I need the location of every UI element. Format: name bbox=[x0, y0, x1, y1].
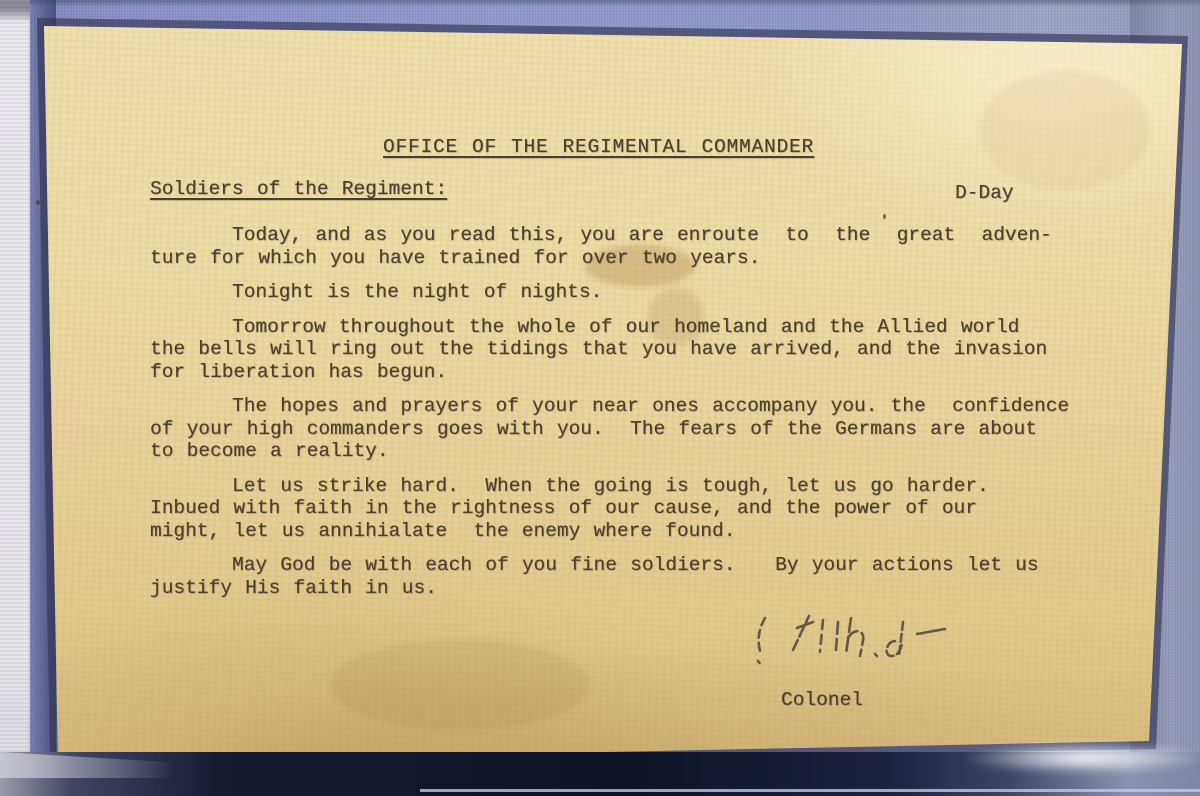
signature-title: Colonel bbox=[781, 689, 863, 712]
paper-stain bbox=[980, 70, 1150, 190]
letter-paper: OFFICE OF THE REGIMENTAL COMMANDER Soldi… bbox=[0, 0, 1200, 796]
table-edge-shadow bbox=[0, 752, 1200, 796]
photo-scene: OFFICE OF THE REGIMENTAL COMMANDER Soldi… bbox=[0, 0, 1200, 796]
letter-paragraph: The hopes and prayers of your near ones … bbox=[150, 395, 1098, 463]
table-corner-highlight bbox=[0, 752, 175, 778]
reflection-highlight bbox=[920, 736, 1200, 780]
letter-body: Today, and as you read this, you are enr… bbox=[150, 224, 1098, 611]
paper-stain bbox=[330, 640, 590, 730]
table-edge-line bbox=[420, 789, 1200, 792]
letter-paragraph: Today, and as you read this, you are enr… bbox=[150, 224, 1098, 269]
date-label: D-Day bbox=[955, 182, 1014, 205]
signature-scrawl bbox=[745, 606, 955, 672]
left-edge-cloth-strip bbox=[0, 0, 30, 796]
letter-paragraph: Tomorrow throughout the whole of our hom… bbox=[150, 316, 1098, 384]
ink-speck bbox=[36, 200, 40, 205]
letter-salutation: Soldiers of the Regiment: bbox=[150, 178, 447, 201]
letter-paragraph: Tonight is the night of nights. bbox=[150, 281, 1098, 304]
letter-title: OFFICE OF THE REGIMENTAL COMMANDER bbox=[383, 136, 814, 159]
ink-speck bbox=[883, 214, 886, 219]
letter-paragraph: Let us strike hard. When the going is to… bbox=[150, 475, 1098, 543]
letter-paragraph: May God be with each of you fine soldier… bbox=[150, 554, 1098, 599]
